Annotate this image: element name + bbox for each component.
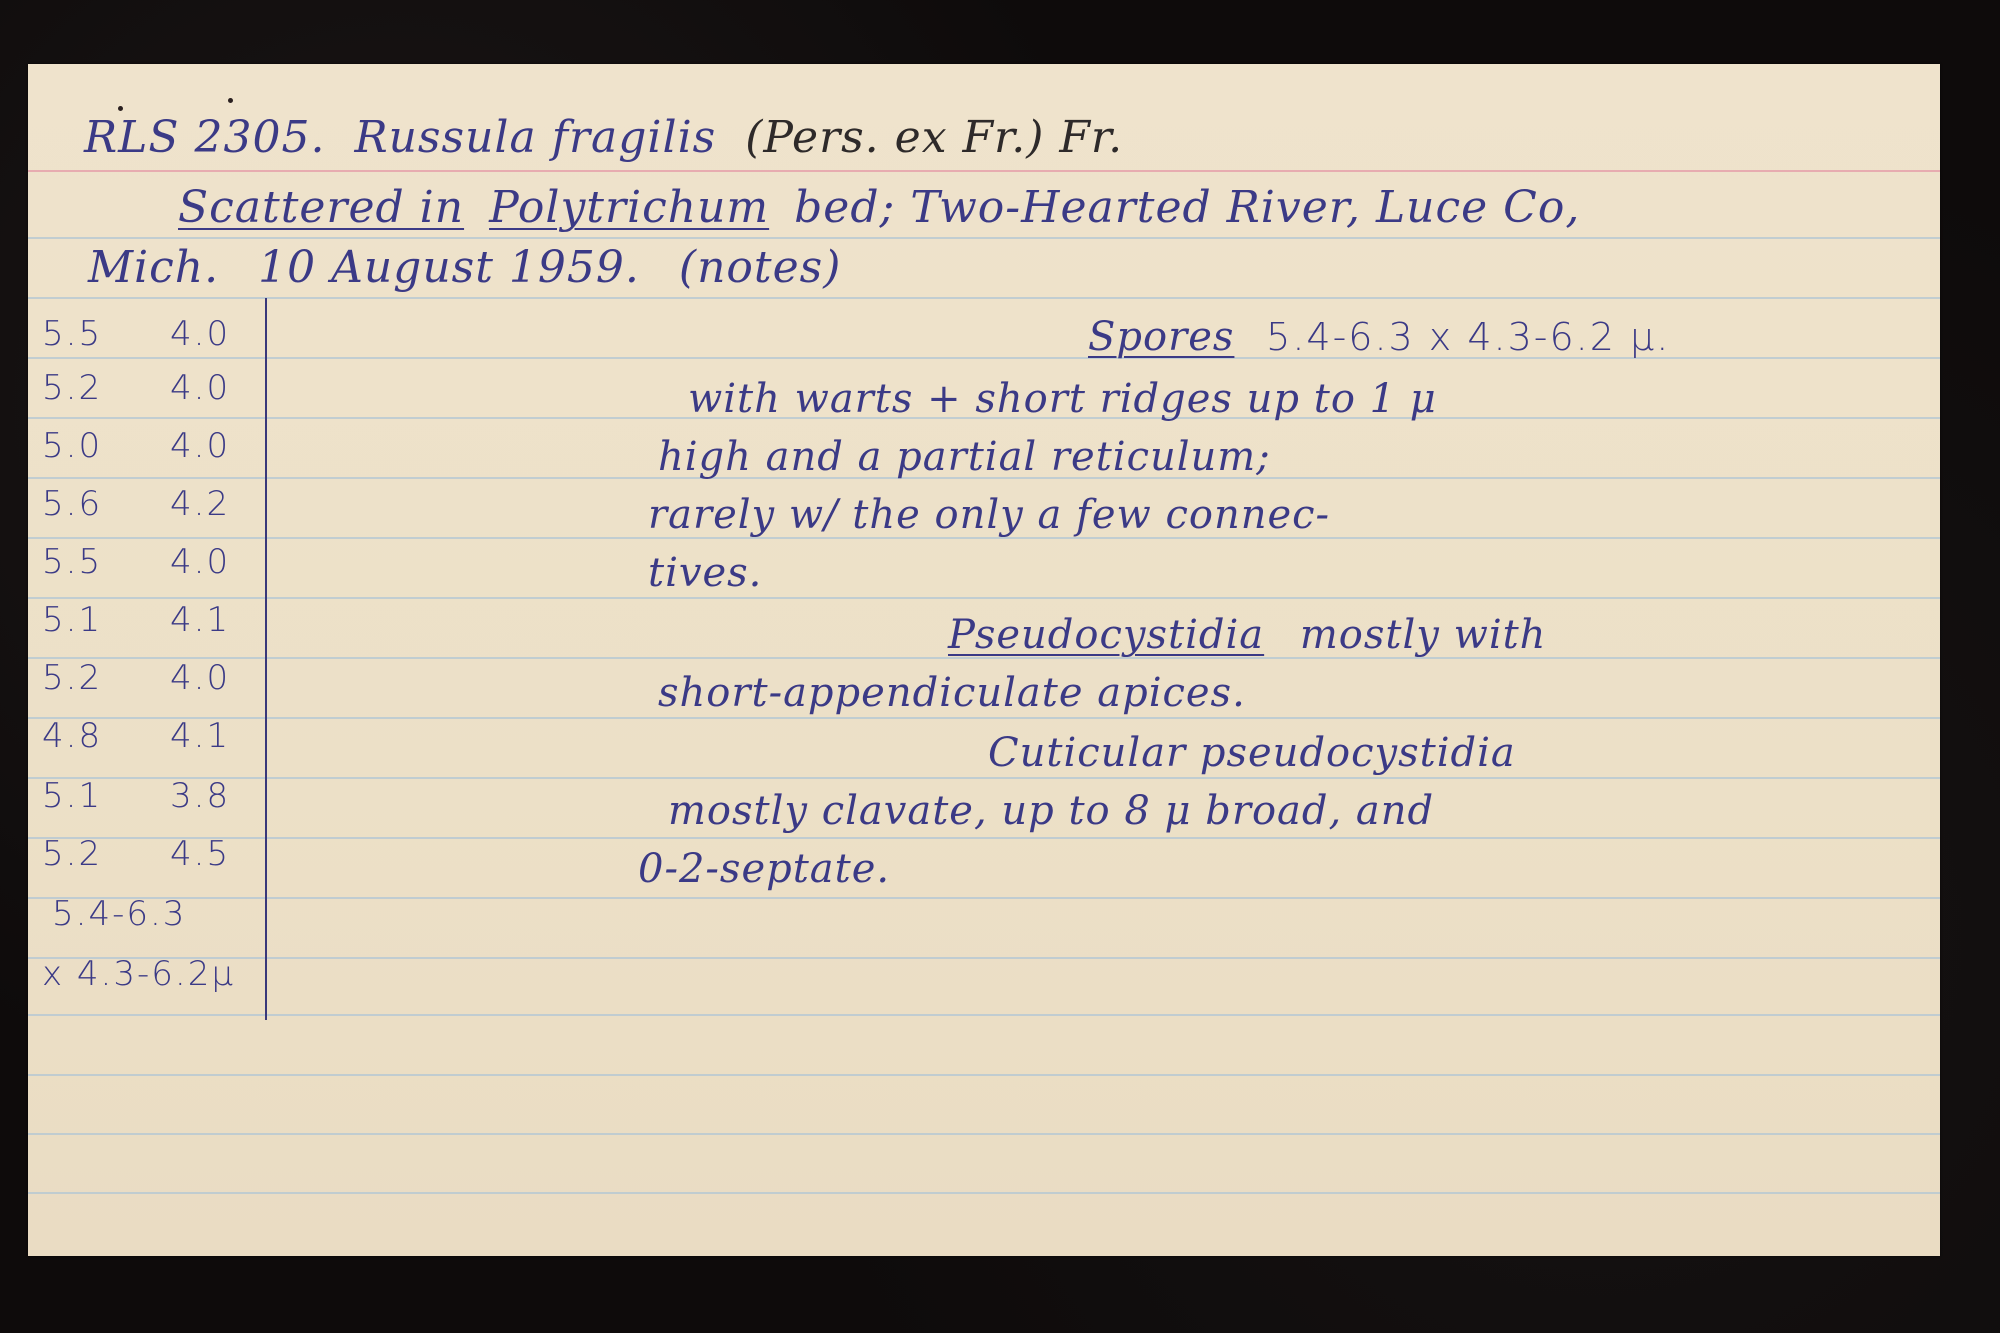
measurement-row: 5.1 4.1 (42, 600, 262, 650)
measurement-range-width: x 4.3-6.2μ (42, 954, 262, 1004)
ruled-line (28, 1192, 1940, 1194)
ruled-line (28, 1074, 1940, 1076)
measurement-row: 5.2 4.0 (42, 658, 262, 708)
description-line: high and a partial reticulum; (658, 434, 1271, 480)
description-line: with warts + short ridges up to 1 μ (688, 376, 1437, 422)
locality-prefix: Scattered in (178, 182, 464, 233)
punch-hole-left (118, 106, 123, 111)
taxon-name: Russula fragilis (354, 112, 716, 163)
ruled-line (28, 597, 1940, 599)
taxon-authority: (Pers. ex Fr.) Fr. (745, 112, 1123, 163)
pseudocystidia-line: Pseudocystidia mostly with (948, 612, 1546, 658)
substrate-name: Polytrichum (489, 182, 769, 233)
state-date-line: Mich. 10 August 1959. (notes) (88, 242, 841, 293)
locality-line: Scattered in Polytrichum bed; Two-Hearte… (178, 182, 1580, 233)
spores-heading: Spores (1088, 314, 1234, 360)
header-rule-red (28, 170, 1940, 172)
ruled-line (28, 1014, 1940, 1016)
measurement-row: 5.5 4.0 (42, 542, 262, 592)
ruled-line (28, 717, 1940, 719)
description-line: 0-2-septate. (638, 846, 890, 892)
description-line: tives. (648, 550, 762, 596)
measurement-row: 5.2 4.5 (42, 834, 262, 884)
title-line: RLS 2305. Russula fragilis (Pers. ex Fr.… (84, 112, 1123, 163)
index-card: RLS 2305. Russula fragilis (Pers. ex Fr.… (28, 64, 1940, 1256)
ruled-line (28, 897, 1940, 899)
ruled-line (28, 837, 1940, 839)
accession-number: RLS 2305. (84, 112, 325, 163)
ruled-line (28, 1133, 1940, 1135)
description-line: short-appendiculate apices. (658, 670, 1246, 716)
measurement-range-length: 5.4-6.3 (42, 894, 262, 944)
ruled-line (28, 237, 1940, 239)
measurement-row: 5.0 4.0 (42, 426, 262, 476)
locality-suffix: bed; Two-Hearted River, Luce Co, (794, 182, 1580, 233)
measurement-row: 5.1 3.8 (42, 776, 262, 826)
spores-line: Spores 5.4-6.3 x 4.3-6.2 μ. (1088, 314, 1670, 360)
ruled-line (28, 297, 1940, 299)
description-line: Cuticular pseudocystidia (988, 730, 1516, 776)
spores-size: 5.4-6.3 x 4.3-6.2 μ. (1266, 315, 1670, 359)
state-name: Mich. (88, 242, 219, 293)
measurement-row: 5.5 4.0 (42, 314, 262, 364)
description-line: rarely w/ the only a few connec- (648, 492, 1330, 538)
measurement-row: 5.6 4.2 (42, 484, 262, 534)
measurement-column-divider (265, 298, 267, 1020)
punch-hole-right (228, 98, 233, 103)
ruled-line (28, 777, 1940, 779)
collection-date: 10 August 1959. (258, 242, 640, 293)
pseudocystidia-heading: Pseudocystidia (948, 612, 1264, 658)
description-line: mostly clavate, up to 8 μ broad, and (668, 788, 1434, 834)
measurement-row: 5.2 4.0 (42, 368, 262, 418)
ruled-line (28, 957, 1940, 959)
measurement-row: 4.8 4.1 (42, 716, 262, 766)
notes-tag: (notes) (679, 242, 841, 293)
